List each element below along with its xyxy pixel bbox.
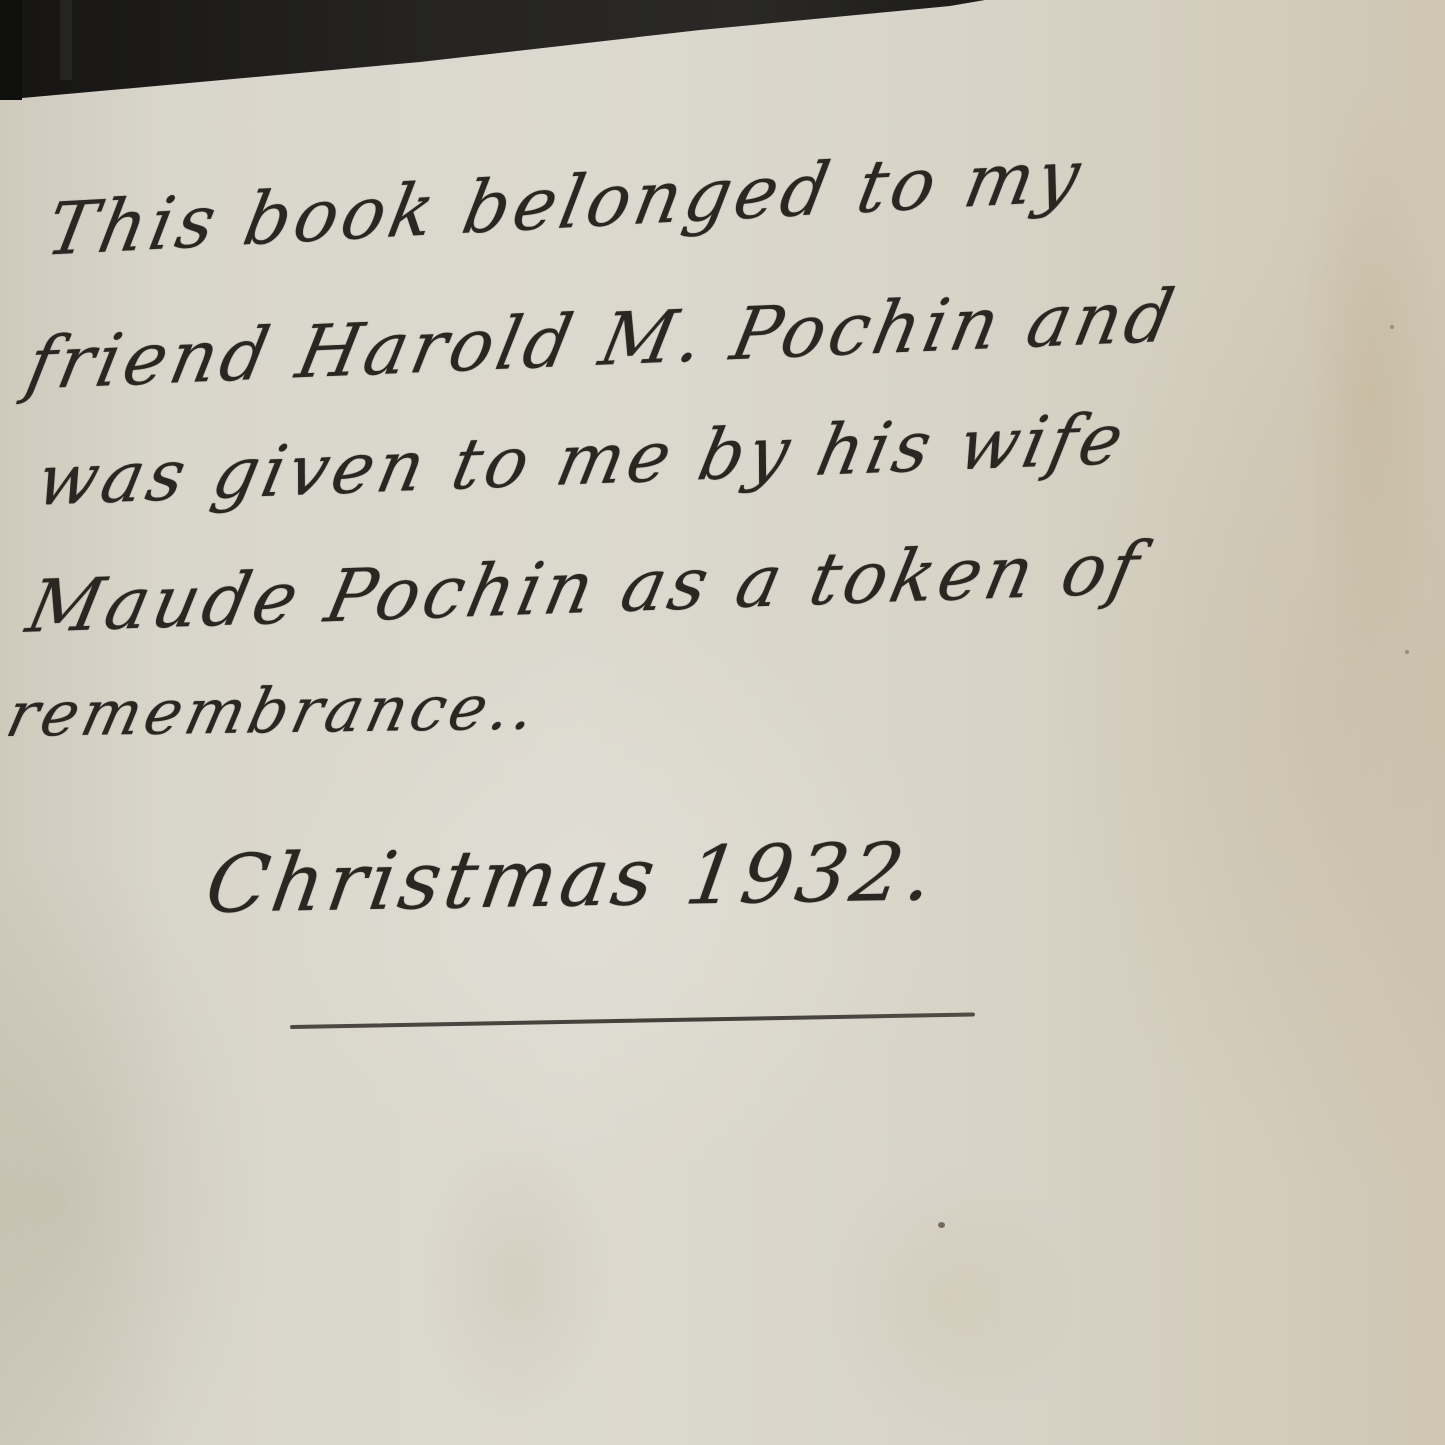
inscription-line-2: friend Harold M. Pochin and: [20, 273, 1185, 406]
inscription-line-4: Maude Pochin as a token of: [20, 525, 1150, 649]
ink-speck: [1405, 650, 1409, 654]
inscription-line-5: remembrance..: [0, 670, 547, 751]
page-edge-shadow: [0, 0, 1445, 120]
paper-stain: [420, 1130, 620, 1430]
inscription-line-3: was given to me by his wife: [30, 398, 1134, 522]
ink-speck: [938, 1222, 945, 1228]
inscription-line-1: This book belonged to my: [40, 133, 1091, 272]
book-page-photo: This book belonged to my friend Harold M…: [0, 0, 1445, 1445]
inscription-date: Christmas 1932.: [200, 825, 943, 931]
paper-stain: [820, 1160, 1080, 1440]
inscription-underline: [290, 1012, 975, 1029]
paper-stain: [1300, 80, 1440, 700]
ink-speck: [1390, 325, 1394, 329]
